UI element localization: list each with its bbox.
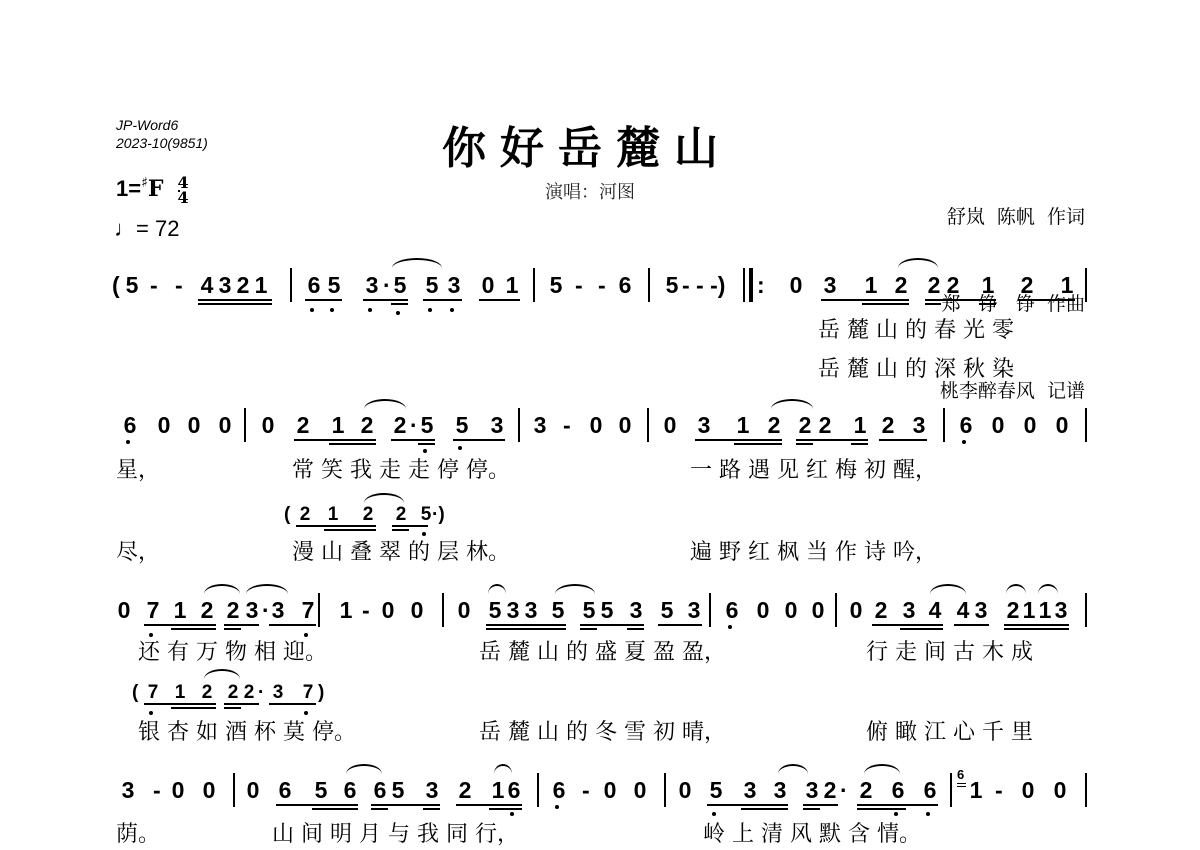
note: 0 [260,412,276,438]
note: 0 [116,597,132,623]
note: 0 [186,412,202,438]
note: 0 [632,777,648,803]
notation-symbol: ) [318,680,324,706]
note: 3 [270,597,286,623]
barline [749,268,753,302]
quarter-note-icon: ♩ [114,216,136,241]
barline [664,773,666,807]
lyric-line: 漫 山 叠 翠 的 层 林。 [292,540,510,566]
beam-underline [580,624,644,626]
note: 2 [858,777,874,803]
beam-underline [872,624,943,626]
tie-arc [364,493,404,503]
note: 2 [893,272,909,298]
octave-dot [962,440,966,444]
note: 1 [253,272,269,298]
lyric-line: 岳 麓 山 的 深 秋 染 [818,357,1014,383]
beam-underline [171,628,216,630]
note: 0 [1022,412,1038,438]
note: 4 [955,597,971,623]
note: 3 [772,777,788,803]
barline [743,268,745,302]
note: 3 [696,412,712,438]
note: 3 [120,777,136,803]
beam-underline [269,624,316,626]
note: 1 [330,412,346,438]
lyric-line: 俯 瞰 江 心 千 里 [866,720,1033,746]
beam-underline [371,808,388,810]
barline [648,268,650,302]
note: 3 [628,597,644,623]
beam-underline [803,808,820,810]
note: 0 [602,777,618,803]
barline [1085,773,1087,807]
note: 0 [677,777,693,803]
notation-symbol: - [153,777,161,803]
time-signature: 4 4 [178,175,189,205]
note: 5 [454,412,470,438]
note: 0 [617,412,633,438]
beam-underline [857,804,938,806]
note: 0 [810,597,826,623]
tie-arc [1006,584,1026,594]
note: 0 [788,272,804,298]
note: 3 [424,777,440,803]
note: 0 [217,412,233,438]
key-note: F [148,176,164,202]
tie-arc [392,258,442,268]
notation-symbol: - [150,272,158,298]
barline [318,593,320,627]
beam-underline [392,529,409,531]
notation-symbol: - [362,597,370,623]
barline [943,408,945,442]
barline [442,593,444,627]
note: 0 [1020,777,1036,803]
beam-underline [879,439,927,441]
lyric-line: 岳 麓 山 的 盛 夏 盈 盈， [479,640,726,666]
notation-symbol: · [262,597,270,623]
beam-underline [224,707,241,709]
beam-underline [851,443,868,445]
beam-underline [363,299,408,301]
octave-dot [149,633,153,637]
barline [537,773,539,807]
note: 3 [742,777,758,803]
note: 6 [551,777,567,803]
note: 3 [523,597,539,623]
barline [835,593,837,627]
note: 6 [922,777,938,803]
beam-underline [324,529,376,531]
note: 1 [1021,597,1037,623]
note: 2 [1019,272,1035,298]
sharp-icon: ♯ [141,175,148,191]
note: 0 [201,777,217,803]
beam-underline [925,299,996,301]
note: 2 [945,272,961,298]
note: 5 [664,272,680,298]
lyric-line: 银 杏 如 酒 杯 莫 停。 [138,720,356,746]
note: 2 [1005,597,1021,623]
tie-arc [488,584,506,594]
barline [244,408,246,442]
beam-underline [456,804,522,806]
note: 0 [245,777,261,803]
note: 6 [122,412,138,438]
barline [518,408,520,442]
lyric-line: 一 路 遇 见 红 梅 初 醒， [690,458,937,484]
note: 2 [359,412,375,438]
barline [1085,593,1087,627]
beam-underline [862,303,909,305]
lyric-line: 星， [116,458,160,484]
software-label: JP-Word6 [116,117,178,133]
note: 6 [506,777,522,803]
note: 5 [124,272,140,298]
notation-symbol: - [995,777,1003,803]
note: 2 [235,272,251,298]
note: 3 [911,412,927,438]
barline [290,268,292,302]
note: 4 [927,597,943,623]
singer-credit: 演唱：河图 [545,178,635,204]
octave-dot [396,311,400,315]
octave-dot [304,633,308,637]
beam-underline [329,443,376,445]
barline [1085,408,1087,442]
lyric-line: 尽， [116,540,160,566]
note: 3 [489,412,505,438]
octave-dot [423,449,427,453]
notation-symbol: · [410,412,418,438]
beam-underline [925,303,941,305]
octave-dot [304,711,308,715]
beam-underline [305,299,342,301]
note: 6 [342,777,358,803]
beam-underline [627,628,644,630]
note: 2 [225,597,241,623]
barline [647,408,649,442]
beam-underline [276,804,358,806]
note: 1 [968,777,984,803]
lyric-line: 还 有 万 物 相 迎。 [138,640,327,666]
beam-underline [391,439,435,441]
octave-dot [330,308,334,312]
lyric-line: 岳 麓 山 的 冬 雪 初 晴， [479,720,726,746]
barline [709,593,711,627]
octave-dot [894,812,898,816]
lyric-line: 遍 野 红 枫 当 作 诗 吟， [690,540,937,566]
octave-dot [422,532,426,536]
beam-underline [900,628,943,630]
lyricist-credit: 舒岚 陈帆 作词 [940,203,1085,232]
tie-arc [204,584,240,594]
note: 4 [199,272,215,298]
beam-underline [224,628,241,630]
notation-symbol: : [757,272,765,298]
note: 6 [306,272,322,298]
note: 3 [822,272,838,298]
note: 5 [487,597,503,623]
note: 5 [550,597,566,623]
tie-arc [864,764,900,774]
tie-arc [494,764,512,774]
beam-underline [144,624,216,626]
note: 5 [581,597,597,623]
beam-underline [224,703,259,705]
note: 2 [392,412,408,438]
tie-arc [1038,584,1058,594]
beam-underline [486,628,566,630]
note: 5 [313,777,329,803]
beam-underline [796,443,813,445]
beam-underline [707,804,788,806]
note: 3 [1053,597,1069,623]
note: 2 [766,412,782,438]
beam-underline [857,808,906,810]
note: 2 [199,597,215,623]
song-title: 你好岳麓山 [442,112,732,176]
tie-arc [778,764,808,774]
lyric-line: 岳 麓 山 的 春 光 零 [818,318,1014,344]
time-bottom: 4 [178,190,189,205]
beam-underline [296,525,376,527]
grace-underline [957,783,966,784]
beam-underline [821,299,909,301]
note: 3 [973,597,989,623]
note: 0 [480,272,496,298]
notation-symbol: ·) [432,502,445,528]
note: 5 [419,412,435,438]
note: 6 [724,597,740,623]
key-signature: 1=♯F 4 4 [116,176,189,207]
beam-underline [392,525,428,527]
notation-symbol: ( [284,502,290,528]
beam-underline [423,299,462,301]
beam-underline [695,439,782,441]
beam-underline [1018,299,1075,301]
tie-arc [346,764,382,774]
note: 5 [424,272,440,298]
beam-underline [453,439,505,441]
octave-dot [712,812,716,816]
note: 5 [659,597,675,623]
lyric-line: 岭 上 清 风 默 含 情。 [703,822,921,848]
beam-underline [979,303,996,305]
note: 0 [755,597,771,623]
note: 0 [783,597,799,623]
beam-underline [269,703,316,705]
barline [1085,268,1087,302]
note: 3 [532,412,548,438]
note: 1 [980,272,996,298]
beam-underline [224,624,259,626]
note: 0 [848,597,864,623]
octave-dot [728,625,732,629]
tie-arc [204,669,240,679]
beam-underline [658,624,702,626]
beam-underline [479,299,520,301]
beam-underline [171,707,216,709]
note: 1 [1037,597,1053,623]
note: 0 [456,597,472,623]
beam-underline [144,703,216,705]
beam-underline [1004,624,1069,626]
beam-underline [1004,628,1069,630]
note: 3 [364,272,380,298]
note: 3 [901,597,917,623]
notation-symbol: ( [112,272,120,298]
grace-note: 6 [957,767,964,782]
octave-dot [310,308,314,312]
notation-symbol: - [575,272,583,298]
version-label: 2023-10(9851) [116,135,208,151]
note: 0 [588,412,604,438]
note: 2 [817,412,833,438]
note: 0 [990,412,1006,438]
note: 1 [172,597,188,623]
beam-underline [371,804,440,806]
beam-underline [741,808,788,810]
note: 6 [890,777,906,803]
lyric-line: 荫。 [116,822,160,848]
notation-symbol: - [582,777,590,803]
note: 6 [372,777,388,803]
octave-dot [428,308,432,312]
octave-dot [450,308,454,312]
beam-underline [734,443,782,445]
note: 1 [1059,272,1075,298]
note: 1 [852,412,868,438]
barline [233,773,235,807]
octave-dot [149,711,153,715]
note: 5 [326,272,342,298]
note: 5 [392,272,408,298]
beam-underline [486,624,566,626]
octave-dot [126,440,130,444]
octave-dot [926,812,930,816]
note: 5 [599,597,615,623]
tie-arc [771,399,813,409]
note: 0 [1054,412,1070,438]
notation-symbol: - [175,272,183,298]
beam-underline [803,804,838,806]
note: 5 [708,777,724,803]
lyric-line: 行 走 间 古 木 成 [866,640,1033,666]
notation-symbol: - [598,272,606,298]
note: 3 [446,272,462,298]
tempo-marking: ♩= 72 [114,216,179,242]
beam-underline [198,303,272,305]
note: 3 [244,597,260,623]
note: 2 [822,777,838,803]
octave-dot [555,805,559,809]
beam-underline [418,443,435,445]
note: 6 [958,412,974,438]
note: 3 [804,777,820,803]
note: 1 [490,777,506,803]
grace-underline [957,786,966,787]
tie-arc [930,584,966,594]
note: 1 [338,597,354,623]
note: 5 [390,777,406,803]
note: 7 [300,597,316,623]
note: 0 [156,412,172,438]
lyric-line: 山 间 明 月 与 我 同 行， [272,822,519,848]
beam-underline [796,439,868,441]
note: 2 [457,777,473,803]
key-prefix: 1= [116,176,141,201]
note: 1 [863,272,879,298]
note: 2 [873,597,889,623]
tie-arc [246,584,288,594]
barline [533,268,535,302]
note: 3 [505,597,521,623]
notation-symbol: - [563,412,571,438]
notation-symbol: · [383,272,391,298]
note: 0 [409,597,425,623]
note: 0 [662,412,678,438]
beam-underline [954,624,989,626]
note: 5 [548,272,564,298]
note: 1 [735,412,751,438]
note: 0 [170,777,186,803]
notation-symbol: - - -) [682,272,725,298]
note: 6 [277,777,293,803]
tempo-value: = 72 [136,216,179,241]
notation-symbol: · [840,777,848,803]
beam-underline [489,808,522,810]
note: 2 [797,412,813,438]
note: 2 [880,412,896,438]
note: 6 [617,272,633,298]
note: 2 [295,412,311,438]
beam-underline [198,299,272,301]
note: 7 [145,597,161,623]
tie-arc [364,399,406,409]
tie-arc [898,258,938,268]
octave-dot [510,812,514,816]
note: 0 [1052,777,1068,803]
lyric-line: 常 笑 我 走 走 停 停。 [292,458,510,484]
note: 3 [686,597,702,623]
barline [950,773,952,807]
beam-underline [312,808,358,810]
beam-underline [423,808,440,810]
note: 1 [504,272,520,298]
octave-dot [458,446,462,450]
note: 2 [926,272,942,298]
beam-underline [580,628,597,630]
beam-underline [294,439,376,441]
tie-arc [555,584,595,594]
note: 0 [380,597,396,623]
beam-underline [391,303,408,305]
octave-dot [368,308,372,312]
notation-symbol: ( [132,680,138,706]
note: 3 [217,272,233,298]
